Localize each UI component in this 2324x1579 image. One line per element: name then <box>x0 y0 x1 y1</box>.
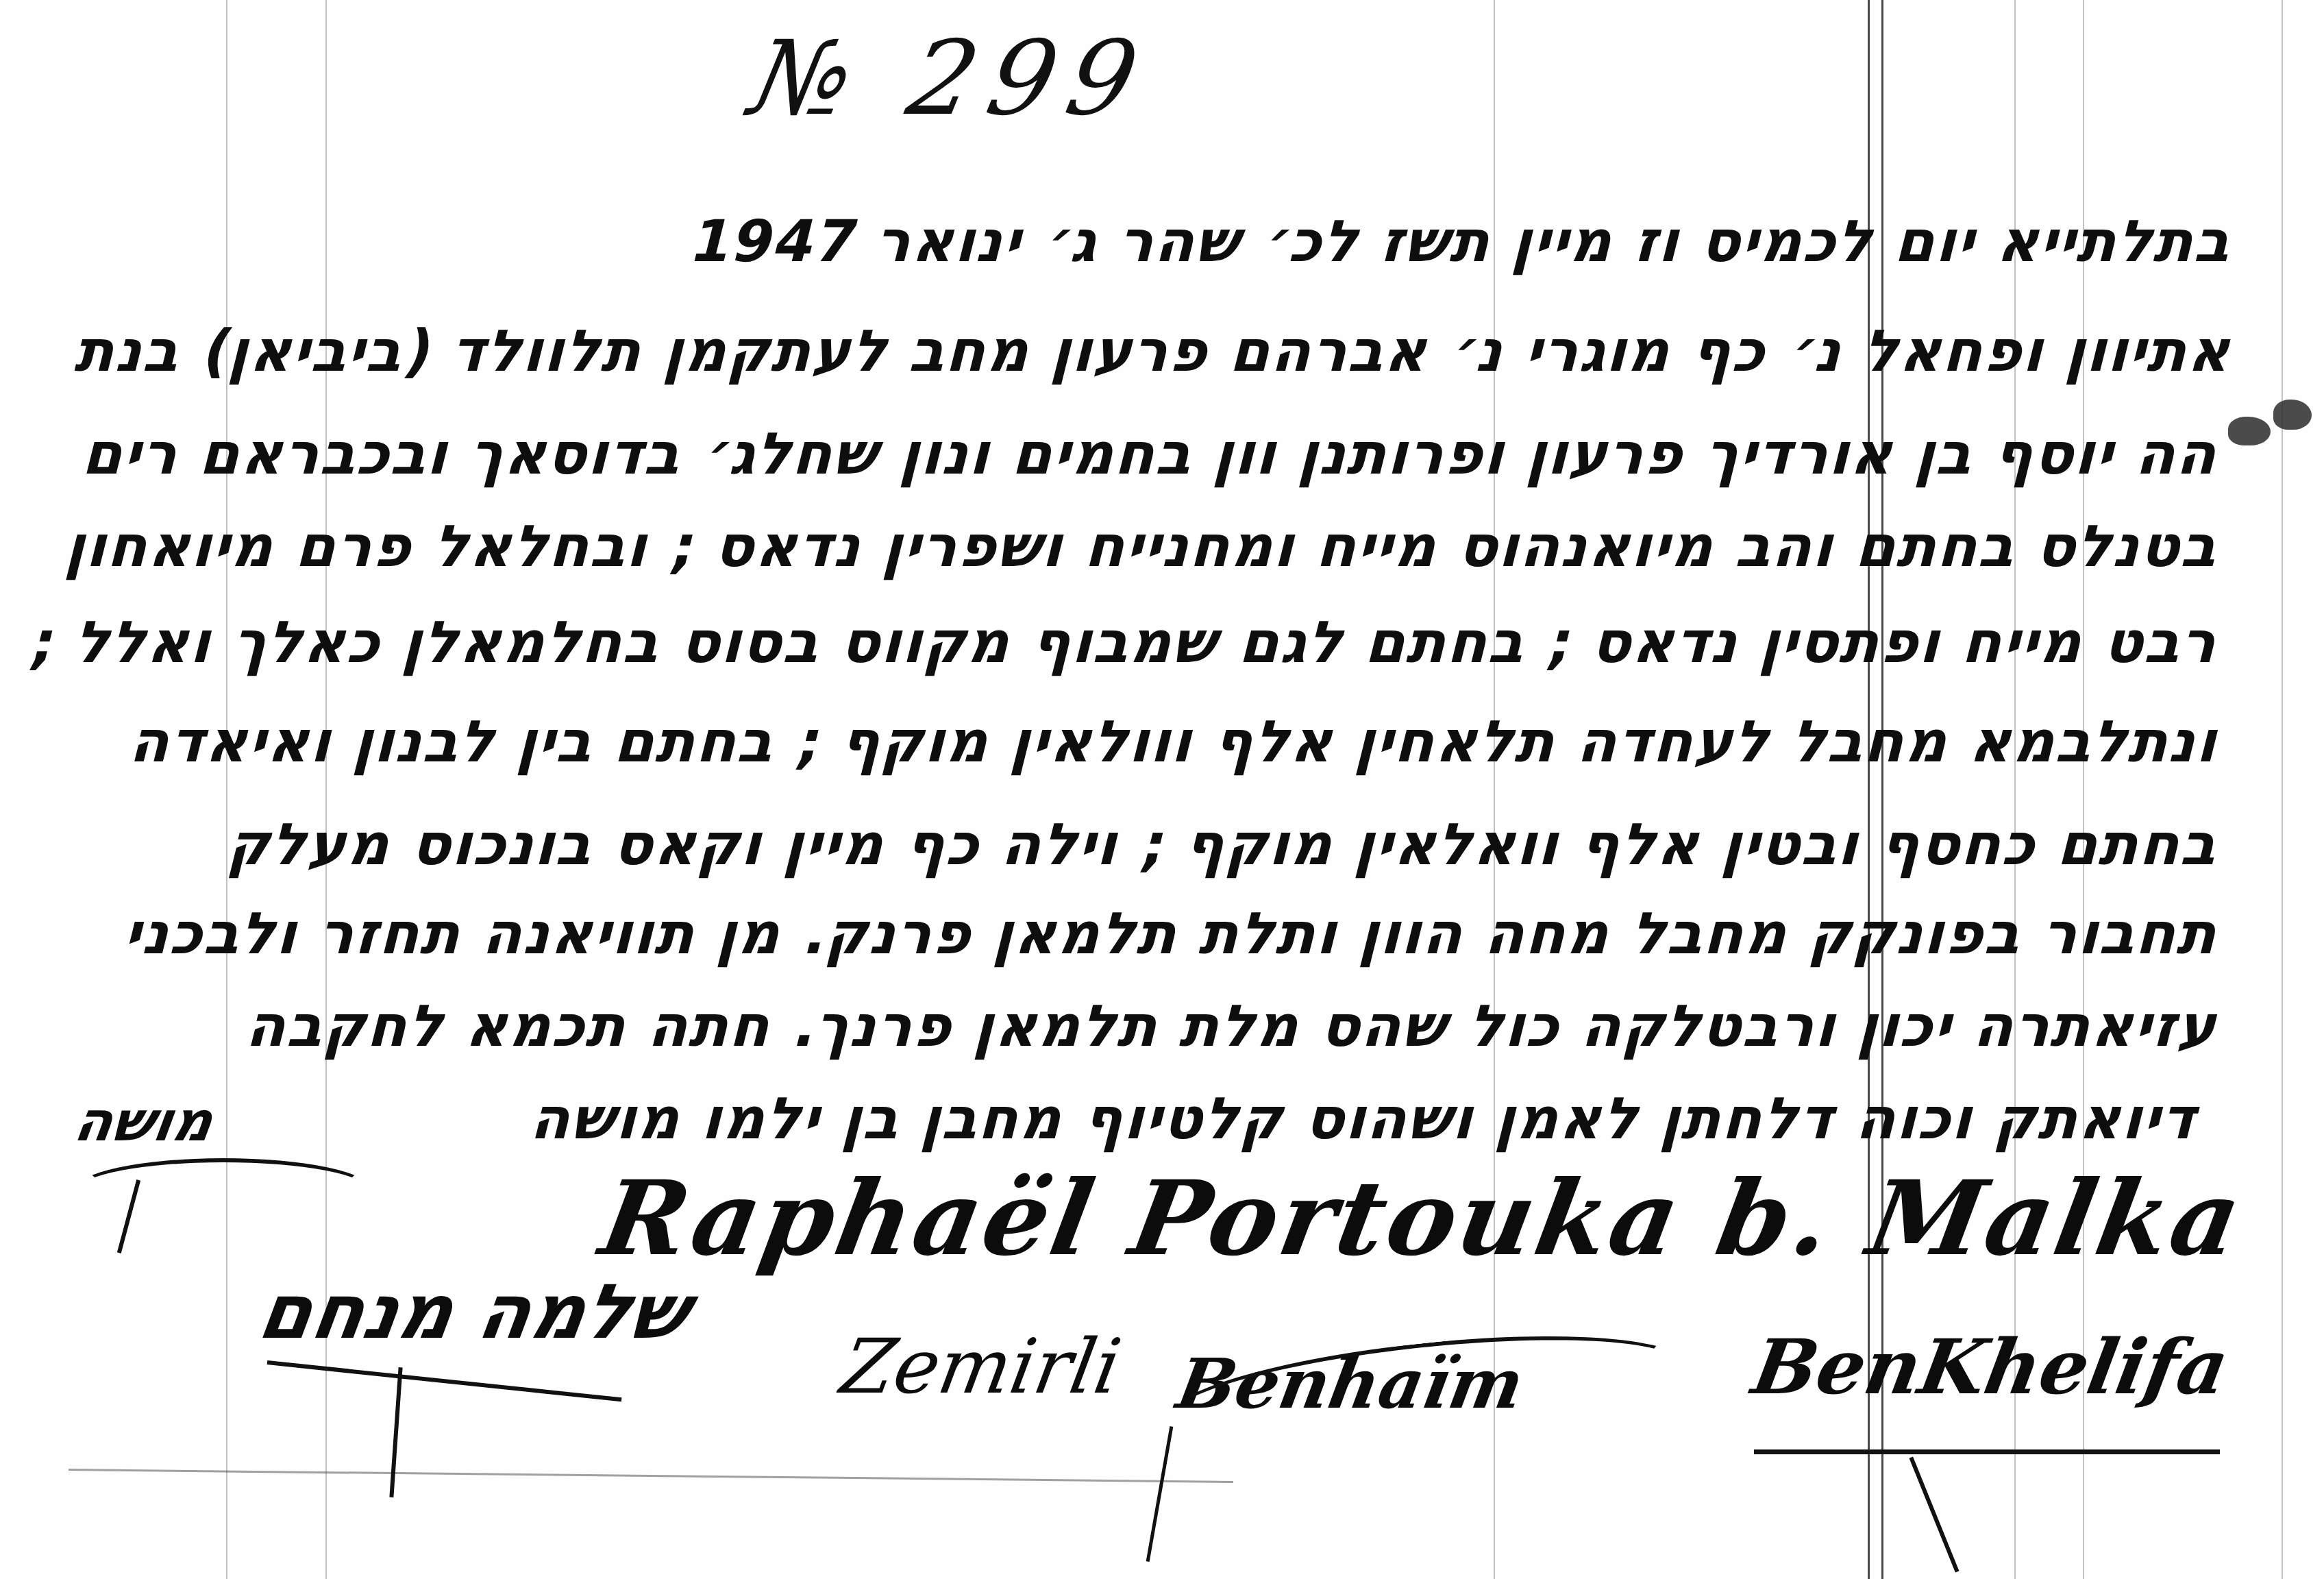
signature-underline <box>1754 1449 2220 1454</box>
signature-stroke <box>389 1367 402 1497</box>
signature-stroke <box>1146 1426 1174 1562</box>
text-line-1: בתלתייא יום לכמיס וז מיין תשז לכ׳ שהר ג׳… <box>686 212 2242 270</box>
text-line-6: ונתלבמא מחבל לעחדה תלאחין אלף ווולאין מו… <box>126 713 2228 770</box>
text-line-8: תחבור בפונקק מחבל מחה הוון ותלת תלמאן פר… <box>121 905 2228 962</box>
text-line-3: הה יוסף בן אורדיך פרעון ופרותנן וון בחמי… <box>79 425 2228 482</box>
text-line-4: בטנלס בחתם והב מיואנהוס מייח ומחנייח ושפ… <box>62 517 2228 575</box>
document-page: № 299 בתלתייא יום לכמיס וז מיין תשז לכ׳ … <box>0 0 2324 1579</box>
horizontal-rule <box>69 1469 1233 1483</box>
vertical-rule <box>226 0 227 1579</box>
signature-benkhelifa: BenKhelifa <box>1746 1323 2235 1411</box>
signature-hebrew-left: מושה <box>70 1090 219 1153</box>
signature-underline <box>267 1360 622 1401</box>
text-line-5: רבט מייח ופתסין נדאס ; בחתם לגם שמבוף מק… <box>26 613 2229 671</box>
vertical-rule <box>2282 0 2283 1579</box>
signature-hebrew-second: שלמה מנחם <box>253 1268 696 1356</box>
text-line-7: בחתם כחסף ובטין אלף וואלאין מוקף ; וילה … <box>225 816 2229 873</box>
signature-flourish <box>75 1158 371 1221</box>
ink-blot <box>2228 417 2271 445</box>
signature-stroke <box>1909 1456 1960 1572</box>
ink-blot <box>2273 400 2312 430</box>
text-line-2: אתיוון ופחאל נ׳ כף מוגרי נ׳ אברהם פרעון … <box>71 322 2242 380</box>
text-line-10: דיואתק וכוה דלחתן לאמן ושהוס קלטיוף מחבן… <box>527 1090 2208 1147</box>
signature-raphael-portouka: Raphaël Portouka b. Malka <box>592 1158 2251 1279</box>
text-line-9: עזיאתרה יכון ורבטלקה כול שהס מלת תלמאן פ… <box>243 997 2229 1055</box>
document-number: № 299 <box>743 27 1159 130</box>
signature-zemirli: Zemirli <box>835 1323 1128 1410</box>
signature-flourish <box>1161 1317 1691 1468</box>
